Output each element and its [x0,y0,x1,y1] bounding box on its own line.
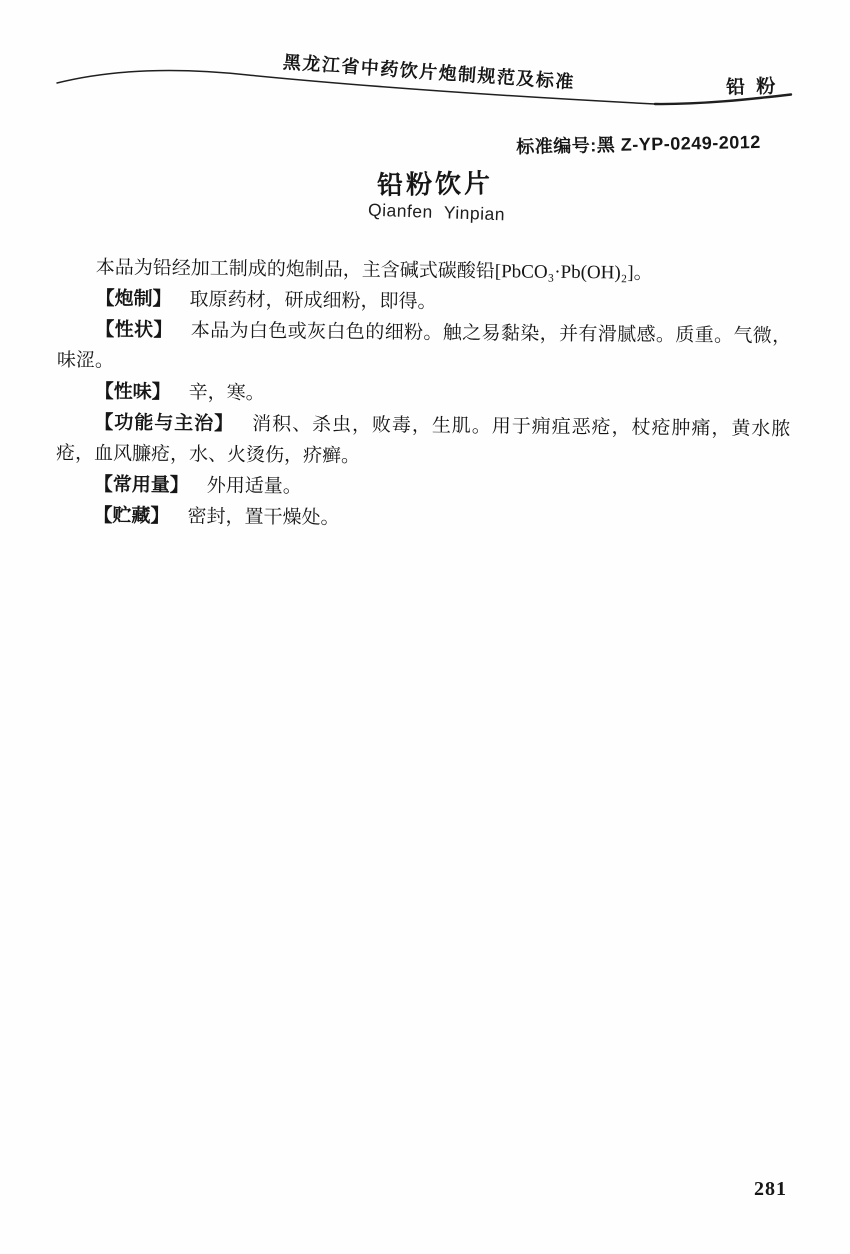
pinyin-subtitle: Qianfen Yinpian [368,200,506,226]
pinyin-row: Qianfen Yinpian [12,202,850,223]
section-label: 【性味】 [95,381,171,403]
section-label: 【常用量】 [94,474,189,496]
scanned-document-page: 黑龙江省中药饮片炮制规范及标准 铅 粉 标准编号:黑 Z-YP-0249-201… [0,0,850,1254]
section-paragraph: 【性状】本品为白色或灰白色的细粉。触之易黏染，并有滑腻感。质重。气微，味涩。 [57,314,792,383]
section-label: 【功能与主治】 [94,412,234,434]
sections: 【炮制】取原药材，研成细粉，即得。【性状】本品为白色或灰白色的细粉。触之易黏染，… [55,283,791,538]
page-title: 铅粉饮片 [377,163,494,202]
section-label: 【性状】 [95,319,173,341]
standard-number: 标准编号:黑 Z-YP-0249-2012 [516,128,761,159]
section-text: 取原药材，研成细粉，即得。 [190,289,437,312]
body-text: 本品为铅经加工制成的炮制品，主含碱式碳酸铅[PbCO₃·Pb(OH)₂]。 【炮… [55,252,792,538]
section-label: 【贮藏】 [93,505,169,527]
section-label: 【炮制】 [95,288,171,310]
section-text: 密封，置干燥处。 [187,506,339,528]
page-number: 281 [754,1178,787,1201]
section-text: 辛，寒。 [189,382,265,404]
running-head-drug-name: 铅 粉 [726,71,779,99]
section-text: 外用适量。 [207,475,302,497]
section-paragraph: 【功能与主治】消积、杀虫，败毒，生肌。用于痈疽恶疮，杖疮肿痛，黄水脓疮，血风臁疮… [56,407,791,476]
title-row: 铅粉饮片 [10,164,850,201]
section-paragraph: 【贮藏】密封，置干燥处。 [55,500,789,538]
